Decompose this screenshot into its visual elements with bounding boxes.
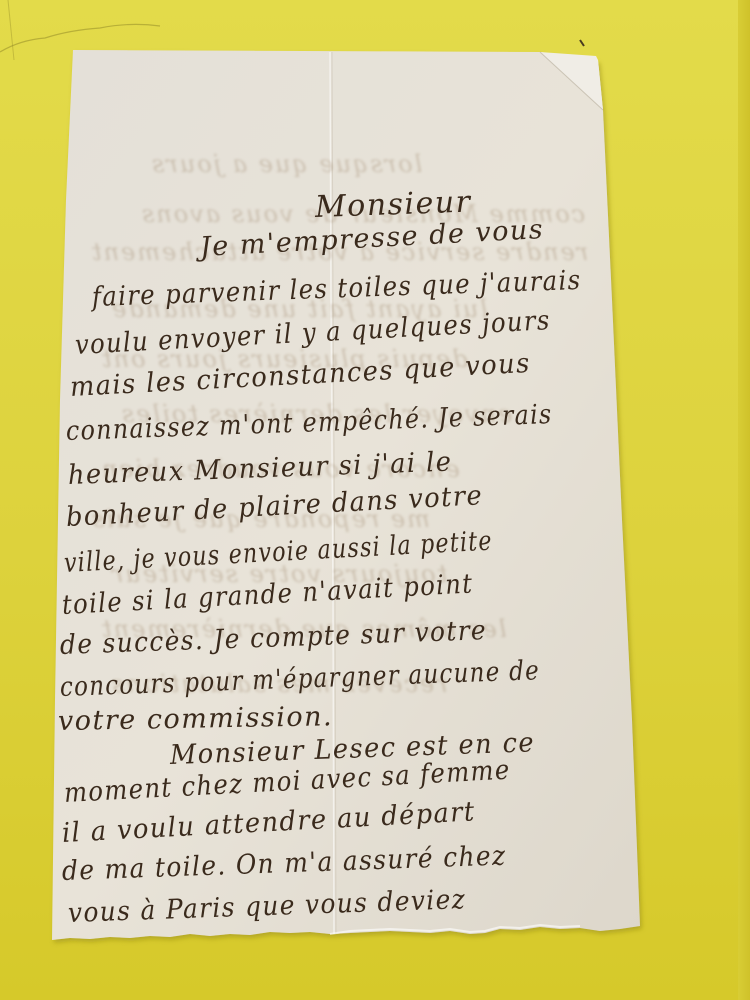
letter-paper <box>0 0 750 1000</box>
